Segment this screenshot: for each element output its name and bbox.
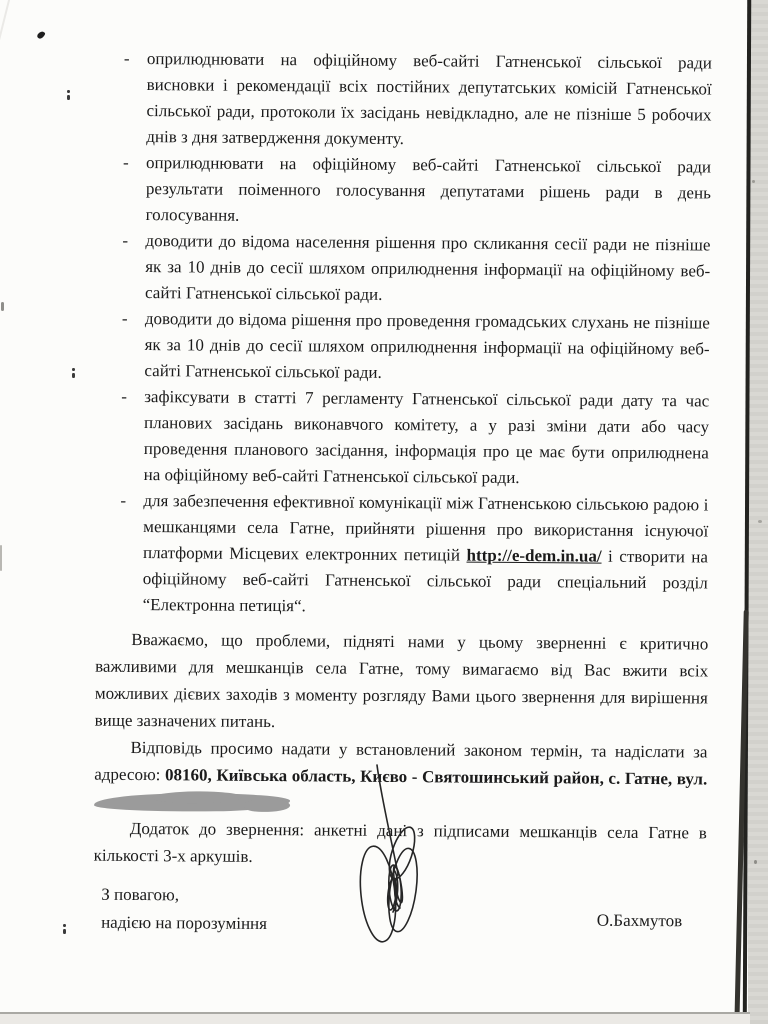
bullet-dash: - [123,46,147,150]
handwritten-signature [348,688,458,978]
bullet-dash: - [121,306,145,384]
list-item: - оприлюднювати на офіційному веб-сайті … [123,46,712,155]
list-item: - доводити до відома рішення про проведе… [121,306,710,389]
scanner-background-strip [748,0,768,1024]
list-item: - оприлюднювати на офіційному веб-сайті … [123,150,712,233]
list-item: - доводити до відома населення рішення п… [122,228,711,311]
signer-name: О.Бахмутов [597,907,683,936]
scan-noise-speck [754,860,757,864]
margin-mark [72,368,75,380]
ink-speck [36,30,46,40]
list-item: - для забезпечення ефективної комунікаці… [120,488,709,623]
list-item-text: доводити до відома населення рішення про… [145,228,711,310]
margin-mark [67,90,70,102]
paper-crease [0,0,16,268]
list-item-text: оприлюднювати на офіційному веб-сайті Га… [146,150,712,232]
bottom-scan-band [0,1012,750,1024]
bullet-dash: - [120,488,144,618]
scan-noise-speck [752,180,755,183]
bullet-dash: - [123,150,147,228]
list-item-text: доводити до відома рішення про проведенн… [144,306,710,388]
list-item-text: зафіксувати в статті 7 регламенту Гатнен… [144,384,710,492]
bullet-list: - оприлюднювати на офіційному веб-сайті … [120,46,712,623]
list-item-text: для забезпечення ефективної комунікації … [143,488,709,622]
edge-speck [1,302,4,311]
scan-noise-speck [758,520,762,523]
redacted-street-name [94,793,290,813]
e-dem-url-text: http://e-dem.in.ua/ [466,546,601,566]
scanned-document-page: - оприлюднювати на офіційному веб-сайті … [0,0,768,1024]
bullet-dash: - [121,384,145,488]
margin-mark [63,924,66,936]
list-item: - зафіксувати в статті 7 регламенту Гатн… [121,384,710,493]
list-item-text: оприлюднювати на офіційному веб-сайті Га… [146,46,712,154]
bullet-dash: - [122,228,146,306]
edge-speck [0,545,2,571]
